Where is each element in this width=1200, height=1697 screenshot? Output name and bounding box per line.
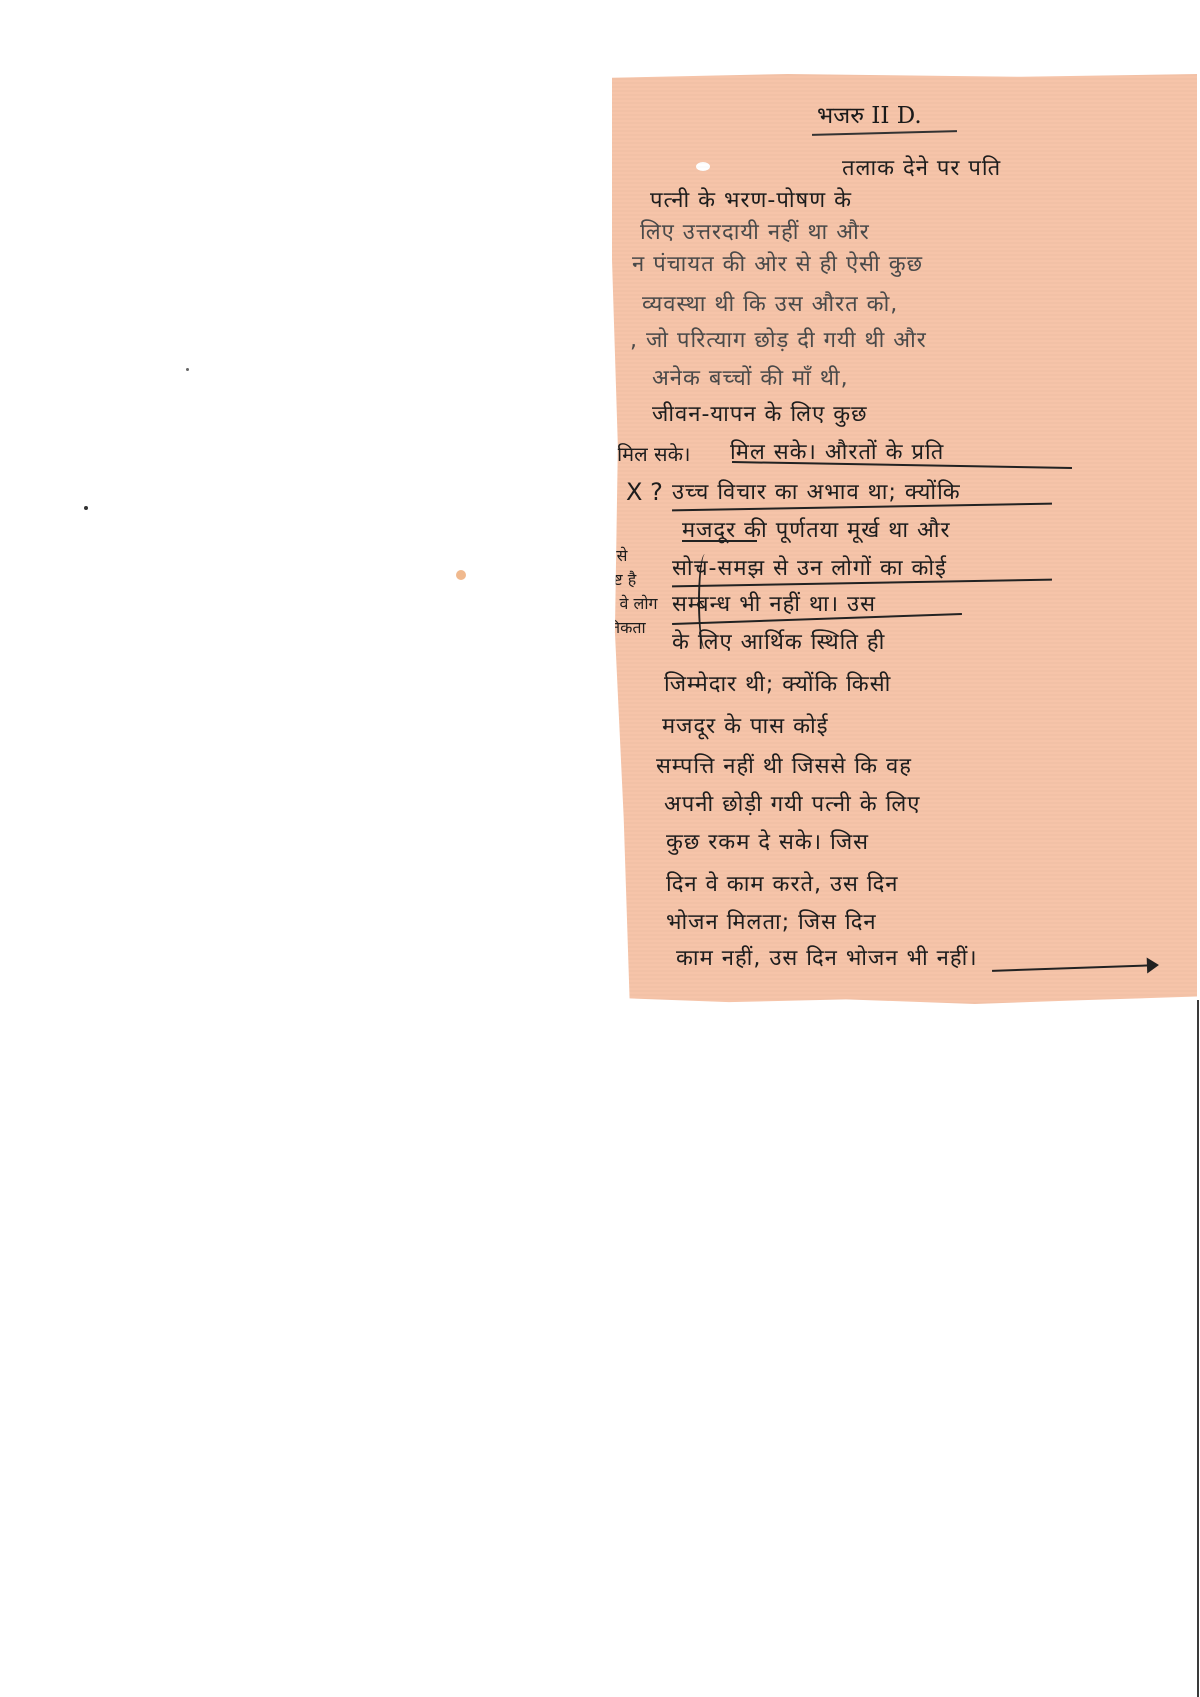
margin-bracket	[698, 554, 712, 649]
margin-note-line: कि वे लोग	[598, 592, 658, 616]
margin-note-line: नैतिकता	[598, 616, 658, 640]
text-line: दिन वे काम करते, उस दिन	[666, 868, 898, 898]
text-line: सोच-समझ से उन लोगों का कोई	[672, 552, 947, 582]
margin-note-line: इससे	[598, 544, 658, 568]
text-line: मिल सके। औरतों के प्रति	[730, 436, 944, 466]
margin-bracket-note: इससे स्पष्ट है कि वे लोग नैतिकता	[598, 544, 658, 640]
margin-question-mark: X ?	[626, 480, 663, 504]
text-line: उच्च विचार का अभाव था; क्योंकि	[672, 476, 961, 506]
text-line: जीवन-यापन के लिए कुछ	[652, 398, 868, 428]
text-line: काम नहीं, उस दिन भोजन भी नहीं।	[676, 942, 978, 972]
text-line: तलाक देने पर पति	[842, 152, 1001, 182]
text-line: अपनी छोड़ी गयी पत्नी के लिए	[664, 788, 920, 818]
text-line: पत्नी के भरण-पोषण के	[650, 184, 852, 214]
ink-speck	[84, 506, 88, 510]
underline	[672, 503, 1052, 512]
text-line: व्यवस्था थी कि उस औरत को,	[642, 288, 898, 318]
scan-edge-line	[1197, 1000, 1199, 1697]
text-line: अनेक बच्चों की माँ थी,	[652, 362, 849, 392]
page-title: भजरु II D.	[817, 98, 922, 130]
text-line: न पंचायत की ओर से ही ऐसी कुछ	[632, 248, 923, 278]
underline	[682, 540, 757, 542]
text-line: के लिए आर्थिक स्थिति ही	[672, 626, 885, 656]
underline	[672, 579, 1052, 588]
underline	[672, 613, 962, 625]
title-underline	[812, 130, 957, 136]
text-line: सम्पत्ति नहीं थी जिससे कि वह	[656, 750, 912, 780]
handwritten-page: भजरु II D. तलाक देने पर पति पत्नी के भरण…	[612, 74, 1197, 1004]
text-line: मजदूर के पास कोई	[662, 710, 829, 740]
text-line: मजदूर की पूर्णतया मूर्ख था और	[682, 514, 951, 544]
strike-line	[732, 461, 1072, 469]
paper-speck	[456, 570, 466, 580]
margin-note-line: स्पष्ट है	[598, 568, 658, 592]
text-line: कुछ रकम दे सके। जिस	[666, 826, 869, 856]
text-line: , जो परित्याग छोड़ दी गयी थी और	[630, 324, 927, 354]
text-line: सम्बन्ध भी नहीं था। उस	[672, 588, 876, 618]
text-line: जिम्मेदार थी; क्योंकि किसी	[664, 668, 891, 698]
margin-note-top: मिल सके।	[617, 442, 691, 466]
text-line: भोजन मिलता; जिस दिन	[666, 906, 877, 936]
ink-speck	[186, 368, 189, 371]
continue-arrow-icon	[992, 964, 1157, 972]
text-line: लिए उत्तरदायी नहीं था और	[640, 216, 870, 246]
paper-hole	[696, 162, 710, 171]
